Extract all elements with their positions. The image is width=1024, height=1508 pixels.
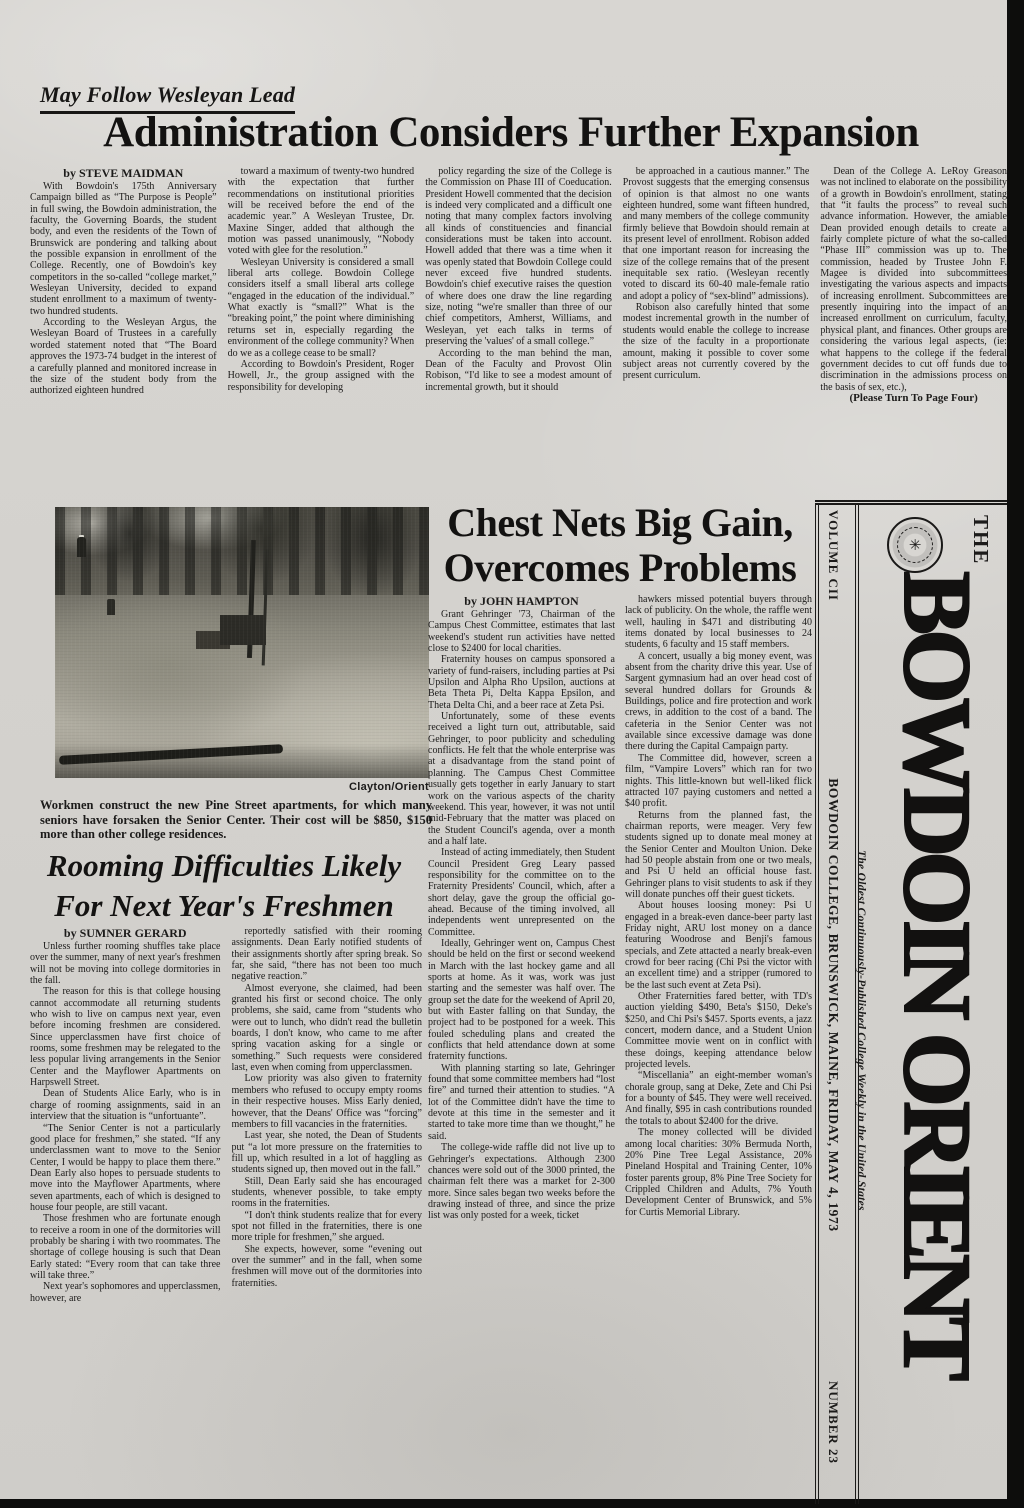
- chest-headline-line2: Overcomes Problems: [428, 545, 812, 590]
- construction-photo: [55, 507, 429, 778]
- lead-column-1: by STEVE MAIDMAN With Bowdoin's 175th An…: [30, 166, 217, 496]
- paragraph: A concert, usually a big money event, wa…: [625, 651, 812, 753]
- paragraph: The reason for this is that college hous…: [30, 986, 221, 1088]
- chest-article: by JOHN HAMPTON Grant Gehringer '73, Cha…: [428, 594, 812, 1496]
- masthead-the: THE: [968, 515, 993, 565]
- paragraph: According to the man behind the man, Dea…: [425, 348, 612, 393]
- photo-grain: [55, 507, 429, 778]
- masthead-date-band: VOLUME CII BOWDOIN COLLEGE, BRUNSWICK, M…: [815, 505, 859, 1504]
- newspaper-front-page: { "kicker": "May Follow Wesleyan Lead", …: [0, 0, 1024, 1508]
- paragraph: According to Bowdoin's President, Roger …: [228, 359, 415, 393]
- paragraph: Dean of Students Alice Early, who is in …: [30, 1088, 221, 1122]
- masthead-title: BOWDOIN ORIENT: [889, 571, 985, 1499]
- rooming-headline-line1: Rooming Difficulties Likely: [24, 846, 424, 886]
- college-seal-emblem: ✳: [897, 527, 933, 563]
- rooming-headline-line2: For Next Year's Freshmen: [24, 886, 424, 926]
- lead-column-5: Dean of the College A. LeRoy Greason was…: [820, 166, 1007, 496]
- paragraph: “The Senior Center is not a particularly…: [30, 1123, 221, 1214]
- lead-column-3: policy regarding the size of the College…: [425, 166, 612, 496]
- paragraph: Other Fraternities fared better, with TD…: [625, 991, 812, 1070]
- masthead-tagline: The Oldest Continuously-Published Colleg…: [855, 850, 867, 1211]
- paragraph: Next year's sophomores and upperclassmen…: [30, 1281, 221, 1304]
- paragraph: be approached in a cautious manner.” The…: [623, 166, 810, 302]
- paragraph: The college-wide raffle did not live up …: [428, 1142, 615, 1221]
- paragraph: hawkers missed potential buyers through …: [625, 594, 812, 651]
- paragraph: With Bowdoin's 175th Anniversary Campaig…: [30, 181, 217, 317]
- rooming-column-1: by SUMNER GERARD Unless further rooming …: [30, 926, 221, 1504]
- paragraph: With planning starting so late, Gehringe…: [428, 1063, 615, 1142]
- lead-column-4: be approached in a cautious manner.” The…: [623, 166, 810, 496]
- masthead-dateline: BOWDOIN COLLEGE, BRUNSWICK, MAINE, FRIDA…: [825, 778, 841, 1231]
- paragraph: Unfortunately, some of these events rece…: [428, 711, 615, 847]
- paragraph: About houses loosing money: Psi U engage…: [625, 900, 812, 991]
- lead-column-2: toward a maximum of twenty-two hundred w…: [228, 166, 415, 496]
- paragraph: Low priority was also given to fraternit…: [232, 1073, 423, 1130]
- masthead-sidebar: VOLUME CII BOWDOIN COLLEGE, BRUNSWICK, M…: [815, 500, 1007, 1504]
- lead-article: by STEVE MAIDMAN With Bowdoin's 175th An…: [30, 166, 1007, 496]
- paragraph: Instead of acting immediately, then Stud…: [428, 847, 615, 938]
- paragraph: The money collected will be divided amon…: [625, 1127, 812, 1218]
- chest-column-1-text: Grant Gehringer '73, Chairman of the Cam…: [428, 609, 615, 1222]
- paragraph: “I don't think students realize that for…: [232, 1210, 423, 1244]
- paragraph: toward a maximum of twenty-two hundred w…: [228, 166, 415, 257]
- paragraph: policy regarding the size of the College…: [425, 166, 612, 348]
- rooming-headline: Rooming Difficulties Likely For Next Yea…: [24, 846, 424, 926]
- chest-byline: by JOHN HAMPTON: [428, 594, 615, 609]
- rooming-column-1-text: Unless further rooming shuffles take pla…: [30, 941, 221, 1304]
- paragraph: reportedly satisfied with their rooming …: [232, 926, 423, 983]
- paragraph: Still, Dean Early said she has encourage…: [232, 1176, 423, 1210]
- masthead-nameplate: THE ✳ BOWDOIN ORIENT: [875, 505, 1007, 1504]
- chest-headline-line1: Chest Nets Big Gain,: [428, 500, 812, 545]
- lead-column-5-text: Dean of the College A. LeRoy Greason was…: [820, 166, 1007, 393]
- chest-headline: Chest Nets Big Gain, Overcomes Problems: [428, 500, 812, 590]
- rooming-byline: by SUMNER GERARD: [30, 926, 221, 941]
- paragraph: Grant Gehringer '73, Chairman of the Cam…: [428, 609, 615, 654]
- paragraph: Returns from the planned fast, the chair…: [625, 810, 812, 901]
- paragraph: Those freshmen who are fortunate enough …: [30, 1213, 221, 1281]
- paragraph: Wesleyan University is considered a smal…: [228, 257, 415, 359]
- paragraph: Robison also carefully hinted that some …: [623, 302, 810, 381]
- chest-column-2: hawkers missed potential buyers through …: [625, 594, 812, 1496]
- photo-caption: Workmen construct the new Pine Street ap…: [40, 798, 432, 842]
- paragraph: According to the Wesleyan Argus, the Wes…: [30, 317, 217, 396]
- scan-right-edge: [1007, 0, 1024, 1508]
- paragraph: Ideally, Gehringer went on, Campus Chest…: [428, 938, 615, 1063]
- paragraph: Unless further rooming shuffles take pla…: [30, 941, 221, 986]
- paragraph: Fraternity houses on campus sponsored a …: [428, 654, 615, 711]
- paragraph: Almost everyone, she claimed, had been g…: [232, 983, 423, 1074]
- lead-column-1-text: With Bowdoin's 175th Anniversary Campaig…: [30, 181, 217, 397]
- paragraph: “Miscellania” an eight-member woman's ch…: [625, 1070, 812, 1127]
- paragraph: The Committee did, however, screen a fil…: [625, 753, 812, 810]
- lead-byline: by STEVE MAIDMAN: [30, 166, 217, 181]
- rooming-article: by SUMNER GERARD Unless further rooming …: [30, 926, 422, 1504]
- masthead-volume: VOLUME CII: [825, 510, 841, 601]
- chest-column-1: by JOHN HAMPTON Grant Gehringer '73, Cha…: [428, 594, 615, 1496]
- college-seal-icon: ✳: [887, 517, 943, 573]
- continuation-line: (Please Turn To Page Four): [820, 393, 1007, 404]
- paragraph: Dean of the College A. LeRoy Greason was…: [820, 166, 1007, 393]
- masthead-number: NUMBER 23: [825, 1381, 841, 1464]
- paragraph: She expects, however, some “evening out …: [232, 1244, 423, 1289]
- photo-credit: Clayton/Orient: [55, 781, 429, 793]
- paragraph: Last year, she noted, the Dean of Studen…: [232, 1130, 423, 1175]
- rooming-column-2: reportedly satisfied with their rooming …: [232, 926, 423, 1504]
- lead-headline: Administration Considers Further Expansi…: [22, 108, 1000, 157]
